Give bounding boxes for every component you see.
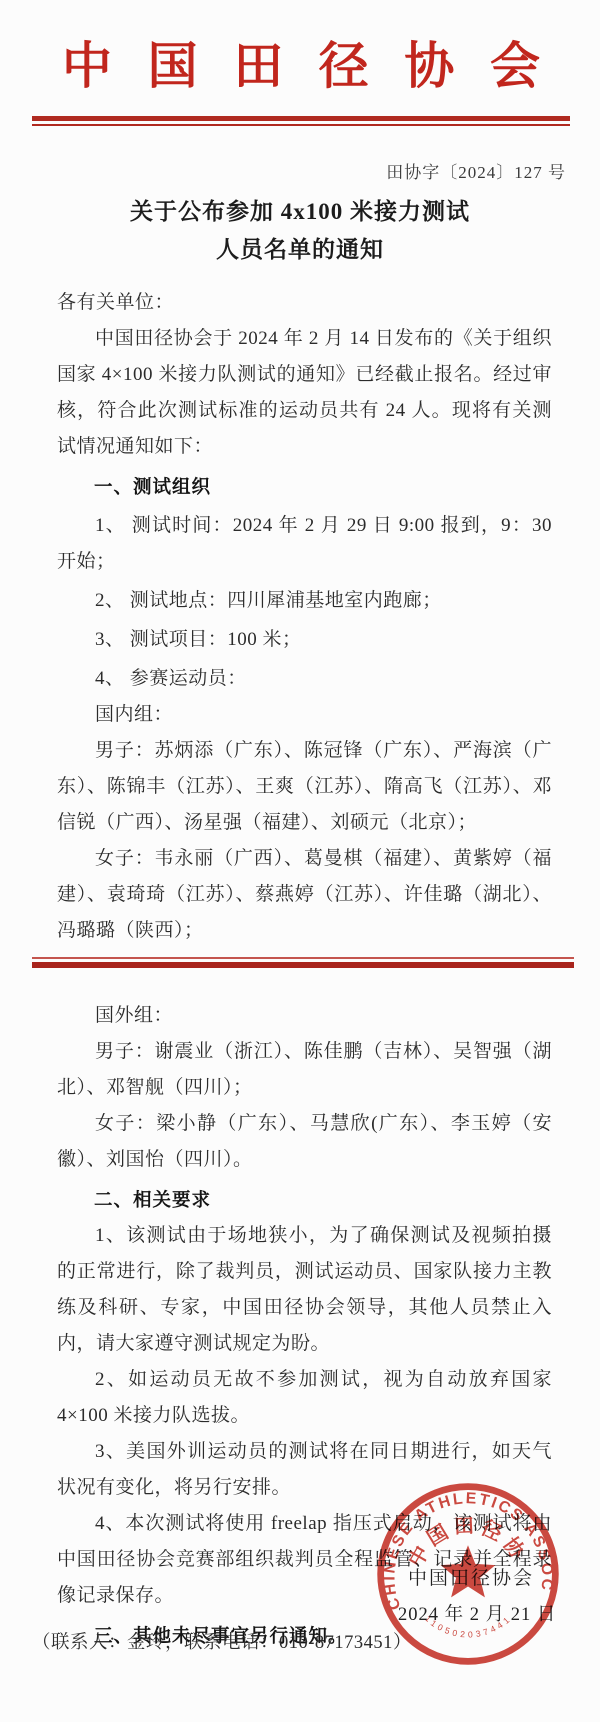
org-masthead-char: 会 (490, 30, 540, 102)
document-body: 各有关单位： 中国田径协会于 2024 年 2 月 14 日发布的《关于组织国家… (0, 285, 600, 949)
section1-item-athletes: 4、 参赛运动员： (57, 661, 552, 697)
section1-item-time: 1、 测试时间：2024 年 2 月 29 日 9:00 报到，9：30 开始； (57, 508, 552, 580)
org-masthead-char: 协 (404, 30, 454, 102)
seal-serial-number: 110502037441 (422, 1603, 515, 1645)
seal-ring-text: CHINESE ATHLETICS ASSOCIATION (372, 1478, 558, 1616)
official-seal: CHINESE ATHLETICS ASSOCIATION 中国田径协会 110… (372, 1478, 564, 1670)
overseas-group-label: 国外组： (57, 998, 552, 1034)
salutation: 各有关单位： (57, 285, 552, 321)
domestic-group-label: 国内组： (57, 697, 552, 733)
org-masthead-char: 径 (319, 30, 369, 102)
document-title: 关于公布参加 4x100 米接力测试 人员名单的通知 (0, 193, 600, 269)
intro-paragraph: 中国田径协会于 2024 年 2 月 14 日发布的《关于组织国家 4×100 … (57, 321, 552, 465)
org-masthead-char: 田 (233, 30, 283, 102)
document-number: 田协字〔2024〕127 号 (0, 158, 600, 183)
org-masthead-char: 国 (148, 30, 198, 102)
org-masthead: 中 国 田 径 协 会 (0, 0, 600, 102)
overseas-women-list: 女子：梁小静（广东）、马慧欣(广东）、李玉婷（安徽）、刘国怡（四川）。 (57, 1106, 552, 1178)
domestic-women-list: 女子：韦永丽（广西）、葛曼棋（福建）、黄紫婷（福建）、袁琦琦（江苏）、蔡燕婷（江… (57, 841, 552, 949)
section2-item-2: 2、如运动员无故不参加测试，视为自动放弃国家 4×100 米接力队选拔。 (57, 1362, 552, 1434)
section2-item-1: 1、该测试由于场地狭小，为了确保测试及视频拍摄的正常进行，除了裁判员，测试运动员… (57, 1218, 552, 1362)
section1-heading: 一、测试组织 (57, 469, 552, 505)
contact-line: （联系人：金玲，联系电话：010-87173451） (32, 1628, 412, 1654)
page-break-divider-thick-line (32, 962, 574, 968)
section2-heading: 二、相关要求 (57, 1182, 552, 1218)
section1-item-location: 2、 测试地点：四川犀浦基地室内跑廊； (57, 583, 552, 619)
official-document-page: 中 国 田 径 协 会 田协字〔2024〕127 号 关于公布参加 4x100 … (0, 0, 600, 1722)
overseas-men-list: 男子：谢震业（浙江）、陈佳鹏（吉林）、吴智强（湖北）、邓智舰（四川）； (57, 1034, 552, 1106)
domestic-men-list: 男子：苏炳添（广东）、陈冠锋（广东）、严海滨（广东）、陈锦丰（江苏）、王爽（江苏… (57, 733, 552, 841)
document-title-line2: 人员名单的通知 (0, 231, 600, 269)
org-masthead-char: 中 (62, 30, 112, 102)
star-icon (441, 1545, 496, 1597)
section1-item-event: 3、 测试项目：100 米； (57, 622, 552, 658)
document-title-line1: 关于公布参加 4x100 米接力测试 (0, 193, 600, 231)
page-break-divider (32, 957, 574, 968)
masthead-divider-thin-line (32, 124, 570, 126)
masthead-divider (32, 116, 570, 126)
